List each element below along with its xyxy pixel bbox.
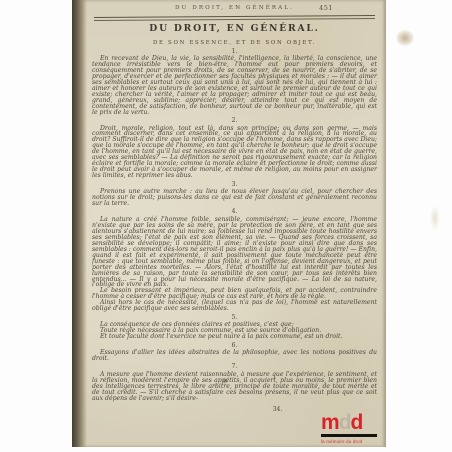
logo-caption: la mémoire du droit [321, 439, 379, 444]
page-subtitle: DE SON ESSENCE, ET DE SON OBJET. [92, 40, 377, 46]
page-content: DU DROIT, EN GÉNÉRAL. 451 DU DROIT, EN G… [72, 0, 386, 447]
paper-stain [430, 205, 440, 231]
paper-stain [222, 378, 228, 384]
section-number: 4. [92, 209, 377, 215]
logo-letter-d1: d [339, 412, 351, 433]
section-number: 2. [92, 118, 377, 124]
paragraph: En recevant de Dieu, la vie, la sensibil… [92, 56, 377, 116]
section-number: 6. [92, 343, 377, 349]
paragraph: Et toute faculté dont l'exercice ne peut… [92, 334, 377, 340]
header-rule [94, 15, 375, 21]
section-5: 5.La conséquence de ces données claires … [92, 315, 377, 340]
section-7: 7.A mesure que l'homme devient raisonnab… [92, 364, 377, 401]
paragraph: Prenons une autre marche : au lieu de no… [92, 189, 377, 207]
running-header-text: DU DROIT, EN GÉNÉRAL. [175, 5, 294, 11]
page-number: 451 [319, 4, 333, 12]
paragraph: La nature a créé l'homme foible, sensibl… [92, 217, 377, 288]
mdd-logo-letters: m d d [321, 412, 379, 433]
paragraph: Ainsi hors le cas de nécessité, (lequel … [92, 300, 377, 312]
section-1: 1.En recevant de Dieu, la vie, la sensib… [92, 49, 377, 116]
sections-container: 1.En recevant de Dieu, la vie, la sensib… [92, 49, 377, 402]
page-title: DU DROIT, EN GÉNÉRAL. [92, 23, 377, 34]
section-6: 6.Essayons d'allier les idées abstraites… [92, 343, 377, 362]
running-header: DU DROIT, EN GÉNÉRAL. 451 [92, 2, 377, 14]
paragraph: A mesure que l'homme devient raisonnable… [92, 372, 377, 402]
logo-letter-d2: d [351, 412, 363, 433]
paragraph: Droit, morale, religion, tout est là, da… [92, 126, 377, 180]
logo-bar [321, 434, 377, 437]
logo-letter-m: m [321, 412, 339, 433]
section-number: 1. [92, 49, 377, 55]
section-2: 2.Droit, morale, religion, tout est là, … [92, 118, 377, 179]
section-number: 5. [92, 315, 377, 321]
section-3: 3.Prenons une autre marche : au lieu de … [92, 182, 377, 207]
section-number: 7. [92, 364, 377, 370]
section-4: 4.La nature a créé l'homme foible, sensi… [92, 209, 377, 312]
paper-stain [396, 30, 414, 46]
book-page-scan: DU DROIT, EN GÉNÉRAL. 451 DU DROIT, EN G… [72, 0, 386, 447]
mdd-watermark-logo: m d d la mémoire du droit [321, 412, 379, 444]
section-number: 3. [92, 182, 377, 188]
paragraph: Essayons d'allier les idées abstraites d… [92, 350, 377, 362]
